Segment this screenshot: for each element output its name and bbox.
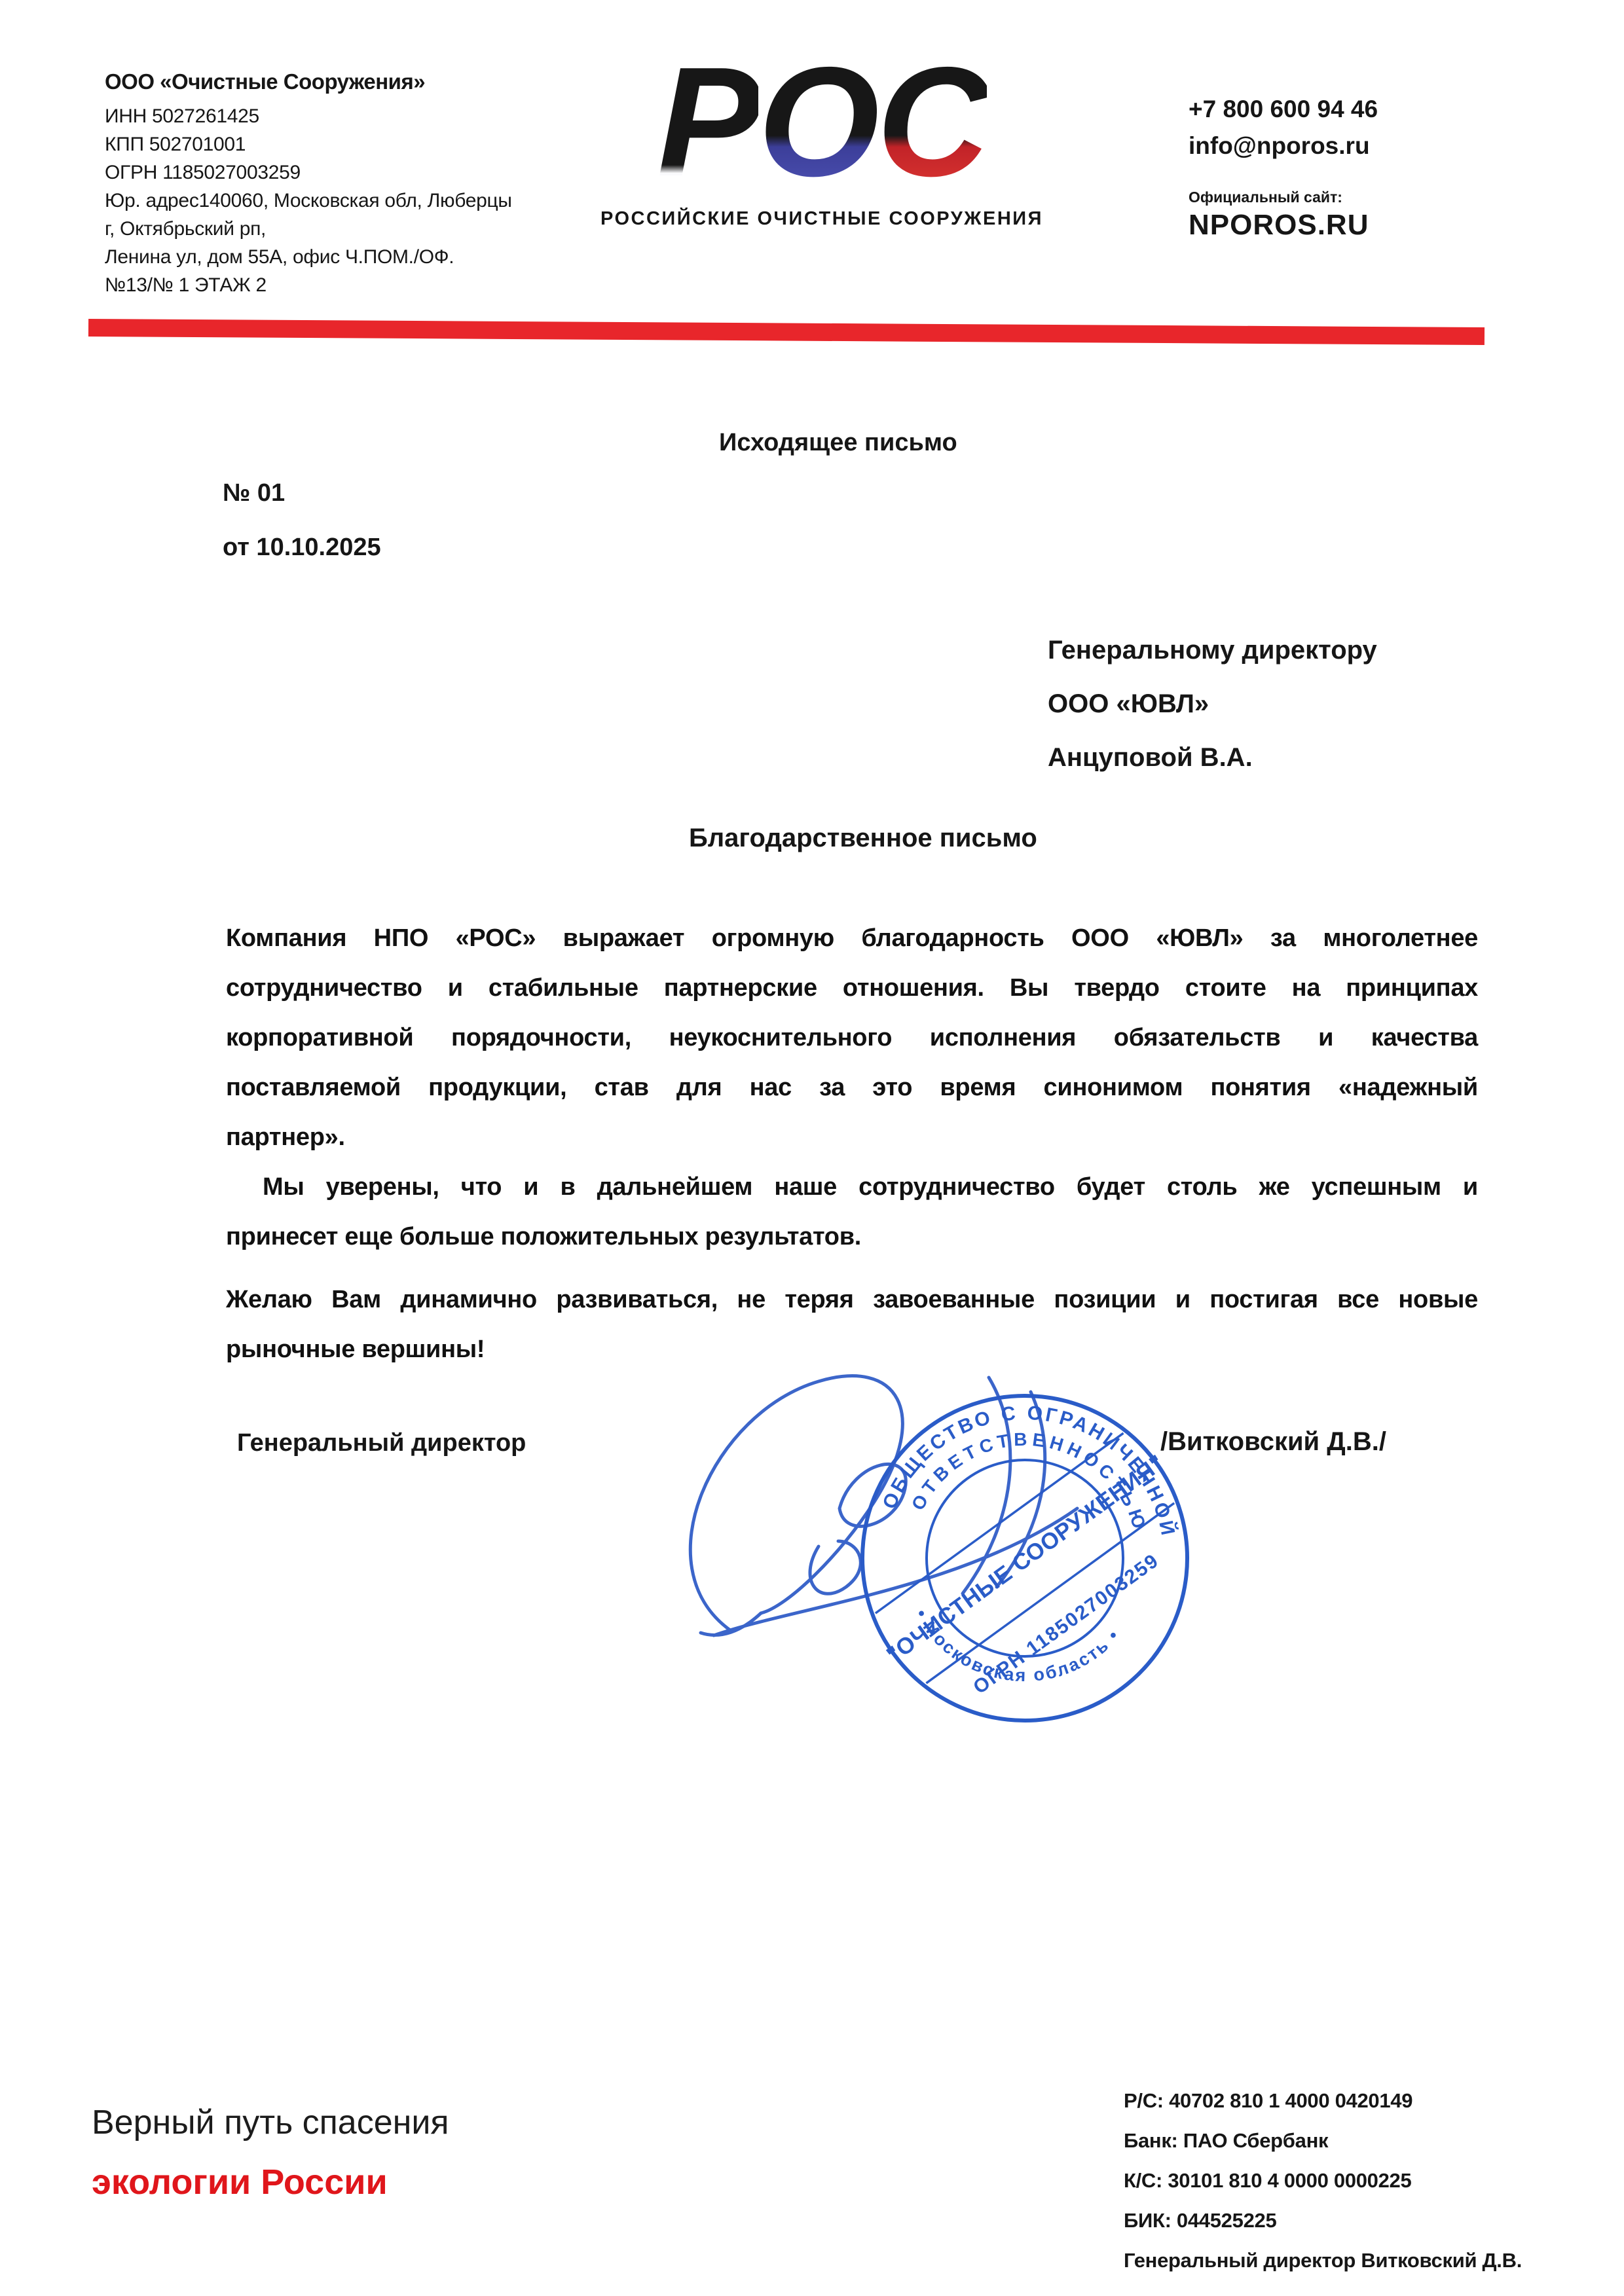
logo-tagline: РОССИЙСКИЕ ОЧИСТНЫЕ СООРУЖЕНИЯ — [593, 208, 1051, 230]
company-requisite-line: г, Октябрьский рп, — [105, 215, 537, 243]
logo-letter-s: С — [877, 41, 987, 204]
signature — [622, 1350, 1094, 1651]
company-requisites-lines: ИНН 5027261425КПП 502701001ОГРН 11850270… — [105, 102, 537, 299]
signature-strokes — [622, 1350, 1094, 1651]
slogan-line-2: экологии России — [92, 2162, 388, 2202]
slogan-line-1: Верный путь спасения — [92, 2103, 449, 2142]
body-line: поставляемой продукции, став для нас за … — [226, 1063, 1478, 1112]
company-logo: РОС РОССИЙСКИЕ ОЧИСТНЫЕ СООРУЖЕНИЯ — [593, 41, 1051, 230]
company-requisite-line: ОГРН 1185027003259 — [105, 158, 537, 187]
company-requisite-line: №13/№ 1 ЭТАЖ 2 — [105, 271, 537, 299]
doc-number: № 01 — [223, 479, 285, 507]
bank-detail-line: БИК: 044525225 — [1124, 2200, 1582, 2240]
body-paragraph-2: Мы уверены, что и в дальнейшем наше сотр… — [226, 1162, 1478, 1262]
recipient-line: ООО «ЮВЛ» — [1048, 677, 1506, 731]
recipient-line: Анцуповой В.А. — [1048, 731, 1506, 784]
company-requisite-line: Юр. адрес140060, Московская обл, Люберцы — [105, 187, 537, 215]
company-requisites: ООО «Очистные Сооружения» ИНН 5027261425… — [105, 69, 537, 299]
body-line: принесет еще больше положительных резуль… — [226, 1212, 1478, 1262]
bank-detail-line: Генеральный директор Витковский Д.В. — [1124, 2240, 1582, 2280]
bank-detail-line: Р/С: 40702 810 1 4000 0420149 — [1124, 2081, 1582, 2121]
recipient-block: Генеральному директоруООО «ЮВЛ»Анцуповой… — [1048, 623, 1506, 784]
company-requisite-line: Ленина ул, дом 55А, офис Ч.ПОМ./ОФ. — [105, 243, 537, 271]
body-line: сотрудничество и стабильные партнерские … — [226, 963, 1478, 1013]
signer-title: Генеральный директор — [237, 1429, 526, 1457]
contacts-block: +7 800 600 94 46 info@nporos.ru Официаль… — [1189, 96, 1555, 242]
doc-type-heading: Исходящее письмо — [719, 429, 957, 457]
logo-letter-o: О — [758, 41, 877, 204]
letter-page: ООО «Очистные Сооружения» ИНН 5027261425… — [0, 0, 1624, 2296]
phone-number: +7 800 600 94 46 — [1189, 96, 1555, 123]
body-paragraph-1: Компания НПО «РОС» выражает огромную бла… — [226, 913, 1478, 1162]
doc-date: от 10.10.2025 — [223, 534, 381, 562]
bank-details: Р/С: 40702 810 1 4000 0420149Банк: ПАО С… — [1124, 2081, 1582, 2280]
site-label: Официальный сайт: — [1189, 189, 1555, 206]
body-line: Мы уверены, что и в дальнейшем наше сотр… — [226, 1162, 1478, 1212]
ros-logo-letters: РОС — [593, 41, 1051, 204]
letter-body: Компания НПО «РОС» выражает огромную бла… — [226, 913, 1478, 1374]
body-line: Компания НПО «РОС» выражает огромную бла… — [226, 913, 1478, 963]
company-requisite-line: ИНН 5027261425 — [105, 102, 537, 130]
logo-letter-r: Р — [657, 41, 758, 204]
body-line: Желаю Вам динамично развиваться, не теря… — [226, 1275, 1478, 1324]
body-line: партнер». — [226, 1112, 1478, 1162]
bank-detail-line: Банк: ПАО Сбербанк — [1124, 2121, 1582, 2160]
bank-detail-line: К/С: 30101 810 4 0000 0000225 — [1124, 2160, 1582, 2200]
recipient-line: Генеральному директору — [1048, 623, 1506, 677]
red-divider-rule — [88, 319, 1485, 345]
email-address: info@nporos.ru — [1189, 132, 1555, 160]
body-line: корпоративной порядочности, неукоснитель… — [226, 1013, 1478, 1063]
company-name: ООО «Очистные Сооружения» — [105, 69, 537, 94]
letter-title: Благодарственное письмо — [689, 824, 1037, 853]
company-requisite-line: КПП 502701001 — [105, 130, 537, 158]
site-url: NPOROS.RU — [1189, 209, 1555, 242]
signer-name: /Витковский Д.В./ — [1160, 1427, 1386, 1457]
